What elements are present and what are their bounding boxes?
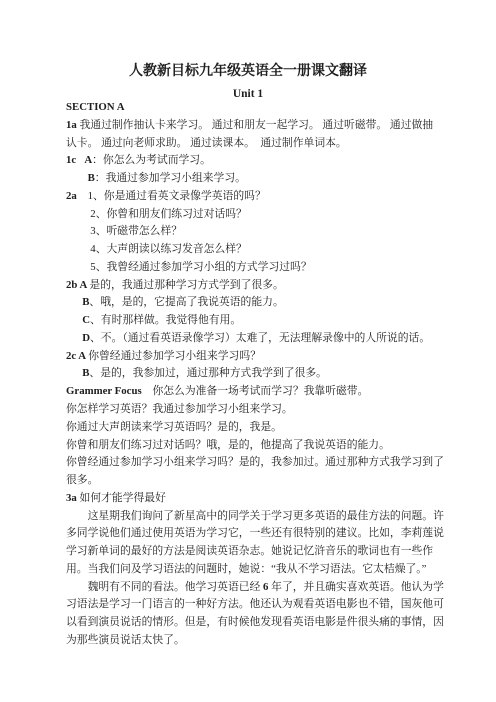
text-line: 5、我曾经通过参加学习小组的方式学习过吗？ [66, 259, 448, 277]
text-segment: 2、你曾和朋友们练习过对话吗？ [66, 208, 247, 220]
text-segment: 我通过制作抽认卡来学习。 通过和朋友一起学习。 通过听磁带。 通过做抽 [80, 119, 434, 131]
text-segment: 认卡。 通过向老师求助。 通过读课本。 通过制作单词本。 [66, 137, 347, 149]
bold-text-segment: D [82, 332, 90, 344]
text-segment: ：我通过参加学习小组来学习。 [95, 172, 246, 184]
text-line: 2、你曾和朋友们练习过对话吗？ [66, 206, 448, 224]
bold-text-segment: C [82, 314, 90, 326]
text-segment: 年了，并且确实喜欢英语。他认为学 [268, 581, 443, 593]
text-line: 学习新单词的最好的方法是阅读英语杂志。她说记忆浒音乐的歌词也有一些作 [66, 543, 448, 561]
text-line: SECTION A [66, 99, 448, 117]
bold-text-segment: A [84, 154, 92, 166]
text-line: B：我通过参加学习小组来学习。 [66, 170, 448, 188]
text-segment: ：你怎么为考试而学习。 [92, 154, 211, 166]
text-line: 以看到演员说话的情形。但是，有时候他发现看英语电影是件很头痛的事情，因 [66, 614, 448, 632]
text-segment: 你曾经通过参加学习小组来学习吗？ [88, 350, 261, 362]
text-line: 3、听磁带怎么样？ [66, 223, 448, 241]
text-line: 你曾经通过参加学习小组来学习吗？是的，我参加过。通过那种方式我学习到了 [66, 454, 448, 472]
text-segment: 很多。 [66, 474, 98, 486]
text-segment: 、哦，是的，它提高了我说英语的能力。 [89, 296, 283, 308]
text-segment [66, 367, 82, 379]
text-line: 用。当我们问及学习语法的问题时，她说：“我从不学习语法。它太桔燥了。” [66, 561, 448, 579]
bold-text-segment: 1a [66, 119, 80, 131]
text-line: 你通过大声朗读来学习英语吗？是的，我是。 [66, 419, 448, 437]
text-segment: 为那些演员说话太快了。 [66, 634, 185, 646]
text-segment [66, 332, 82, 344]
text-line: 为那些演员说话太快了。 [66, 632, 448, 650]
text-segment: 你曾经通过参加学习小组来学习吗？是的，我参加过。通过那种方式我学习到了 [66, 456, 444, 468]
text-segment: 4、大声朗读以练习发音怎么样？ [66, 243, 247, 255]
text-segment: 你怎么为准备一场考试而学习？我靠听磁带。 [142, 385, 369, 397]
bold-text-segment: 2a [66, 190, 77, 202]
text-segment: 这星期我们询问了新星高中的同学关于学习更多英语的最佳方法的问题。许 [66, 510, 444, 522]
text-line: 这星期我们询问了新星高中的同学关于学习更多英语的最佳方法的问题。许 [66, 508, 448, 526]
bold-text-segment: B [88, 172, 95, 184]
text-line: 1c A：你怎么为考试而学习。 [66, 152, 448, 170]
bold-text-segment: 1c [66, 154, 76, 166]
text-line: 2b A 是的，我通过那种学习方式学到了很多。 [66, 277, 448, 295]
text-segment: 、不。（通过看英语录像学习）太难了，无法理解录像中的人所说的话。 [90, 332, 430, 344]
text-line: 2c A 你曾经通过参加学习小组来学习吗？ [66, 348, 448, 366]
text-line: 3a 如何才能学得最好 [66, 490, 448, 508]
text-segment: 学习新单词的最好的方法是阅读英语杂志。她说记忆浒音乐的歌词也有一些作 [66, 545, 433, 557]
document-body: SECTION A1a 我通过制作抽认卡来学习。 通过和朋友一起学习。 通过听磁… [66, 99, 448, 650]
text-segment: 多同学说他们通过使用英语为学习它，一些还有很特别的建议。比如，李莉莲说 [66, 527, 444, 539]
text-line: D、不。（通过看英语录像学习）太难了，无法理解录像中的人所说的话。 [66, 330, 448, 348]
bold-text-segment: SECTION A [66, 101, 125, 113]
text-segment: 用。当我们问及学习语法的问题时，她说：“我从不学习语法。它太桔燥了。” [66, 563, 426, 575]
text-segment [66, 172, 88, 184]
text-segment: 是的，我通过那种学习方式学到了很多。 [89, 279, 283, 291]
text-segment: 3、听磁带怎么样？ [66, 225, 182, 237]
text-line: B、是的，我参加过，通过那种方式我学到了很多。 [66, 365, 448, 383]
text-line: 你怎样学习英语？我通过参加学习小组来学习。 [66, 401, 448, 419]
text-segment: 以看到演员说话的情形。但是，有时候他发现看英语电影是件很头痛的事情，因 [66, 616, 444, 628]
text-line: 魏明有不同的看法。他学习英语已经 6 年了，并且确实喜欢英语。他认为学 [66, 579, 448, 597]
text-segment: 魏明有不同的看法。他学习英语已经 [66, 581, 263, 593]
text-line: Grammer Focus 你怎么为准备一场考试而学习？我靠听磁带。 [66, 383, 448, 401]
text-line: 4、大声朗读以练习发音怎么样？ [66, 241, 448, 259]
text-line: C、有时那样做。我觉得他有用。 [66, 312, 448, 330]
document-page: 人教新目标九年级英语全一册课文翻译 Unit 1 SECTION A1a 我通过… [0, 0, 496, 702]
text-segment: 5、我曾经通过参加学习小组的方式学习过吗？ [66, 261, 312, 273]
text-line: 2a 1、你是通过看英文录像学英语的吗？ [66, 188, 448, 206]
text-segment: 你怎样学习英语？我通过参加学习小组来学习。 [66, 403, 293, 415]
text-segment [66, 314, 82, 326]
text-segment: 1、你是通过看英文录像学英语的吗？ [77, 190, 266, 202]
bold-text-segment: 2c A [66, 350, 88, 362]
text-line: 习语法是学习一门语言的一种好方法。他还认为观看英语电影也不错，国灰他可 [66, 596, 448, 614]
text-line: 多同学说他们通过使用英语为学习它，一些还有很特别的建议。比如，李莉莲说 [66, 525, 448, 543]
bold-text-segment: 2b A [66, 279, 89, 291]
text-segment: 、是的，我参加过，通过那种方式我学到了很多。 [89, 367, 327, 379]
bold-text-segment: 3a [66, 492, 80, 504]
text-segment: 如何才能学得最好 [80, 492, 166, 504]
text-segment: 你曾和朋友们练习过对话吗？哦，是的，他提高了我说英语的能力。 [66, 439, 390, 451]
bold-text-segment: Grammer Focus [66, 385, 142, 397]
text-line: B、哦，是的，它提高了我说英语的能力。 [66, 294, 448, 312]
text-segment: 习语法是学习一门语言的一种好方法。他还认为观看英语电影也不错，国灰他可 [66, 598, 444, 610]
text-segment: 、有时那样做。我觉得他有用。 [90, 314, 241, 326]
text-line: 认卡。 通过向老师求助。 通过读课本。 通过制作单词本。 [66, 135, 448, 153]
text-segment: 你通过大声朗读来学习英语吗？是的，我是。 [66, 421, 282, 433]
text-line: 你曾和朋友们练习过对话吗？哦，是的，他提高了我说英语的能力。 [66, 437, 448, 455]
text-line: 很多。 [66, 472, 448, 490]
text-segment [66, 296, 82, 308]
document-title: 人教新目标九年级英语全一册课文翻译 [0, 64, 496, 79]
text-line: 1a 我通过制作抽认卡来学习。 通过和朋友一起学习。 通过听磁带。 通过做抽 [66, 117, 448, 135]
